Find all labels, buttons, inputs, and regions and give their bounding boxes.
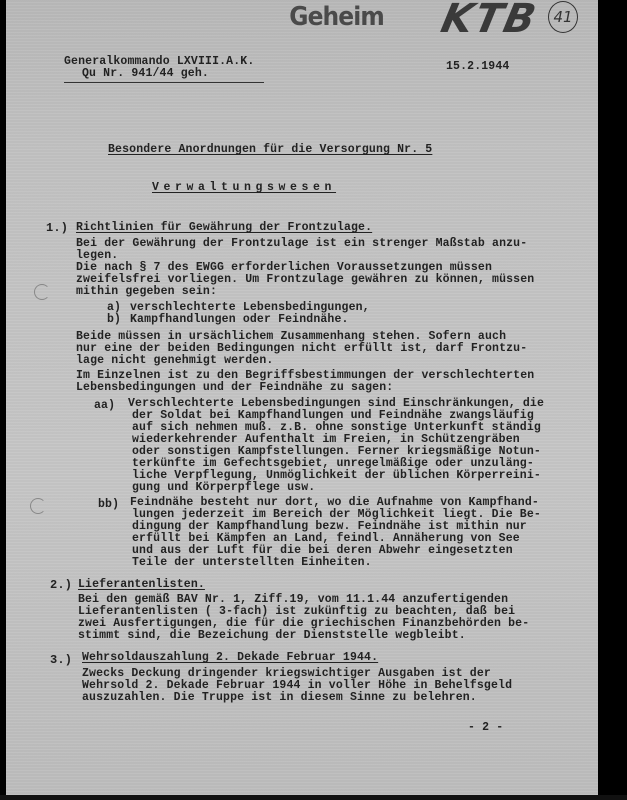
section-2-line: stimmt sind, die Bezeichung der Dienstst… xyxy=(78,630,466,643)
document-subtitle: Verwaltungswesen xyxy=(152,182,336,195)
section-3-heading: Wehrsoldauszahlung 2. Dekade Februar 194… xyxy=(82,652,378,665)
scan-bottom-edge xyxy=(0,795,627,800)
punch-hole-mark xyxy=(30,498,46,514)
document-page: Geheim KTB 41 Generalkommando LXVIII.A.K… xyxy=(6,0,598,795)
section-3-line: auszuzahlen. Die Truppe ist in diesem Si… xyxy=(82,692,477,705)
definition-aa-label: aa) xyxy=(94,400,115,413)
section-1-line: Bei der Gewährung der Frontzulage ist ei… xyxy=(76,238,527,251)
classification-stamp: Geheim xyxy=(289,2,384,32)
condition-b-label: b) xyxy=(107,314,121,327)
section-1-heading: Richtlinien für Gewährung der Frontzulag… xyxy=(76,222,372,235)
page-marker: - 2 - xyxy=(468,722,503,735)
section-1-line: mithin gegeben sein: xyxy=(76,286,217,299)
section-2-heading: Lieferantenlisten. xyxy=(78,579,205,592)
punch-hole-mark xyxy=(34,284,50,300)
section-1-line: Lebensbedingungen und der Feindnähe zu s… xyxy=(76,382,393,395)
section-1-number: 1.) xyxy=(46,222,68,235)
handwritten-note: KTB xyxy=(437,0,542,42)
section-2-number: 2.) xyxy=(50,579,72,592)
folio-number-circle: 41 xyxy=(548,1,578,33)
definition-bb-line: Teile der unterstellten Einheiten. xyxy=(132,557,372,570)
reference-number: Qu Nr. 941/44 geh. xyxy=(82,68,209,81)
definition-aa-line: gung und Körperpflege usw. xyxy=(132,482,315,495)
definition-bb-label: bb) xyxy=(98,499,119,512)
reference-underline xyxy=(64,82,264,83)
section-3-number: 3.) xyxy=(50,654,72,667)
section-1-line: lage nicht genehmigt werden. xyxy=(76,355,273,368)
condition-b-text: Kampfhandlungen oder Feindnähe. xyxy=(130,314,349,327)
document-date: 15.2.1944 xyxy=(446,61,509,74)
document-title: Besondere Anordnungen für die Versorgung… xyxy=(108,144,432,157)
